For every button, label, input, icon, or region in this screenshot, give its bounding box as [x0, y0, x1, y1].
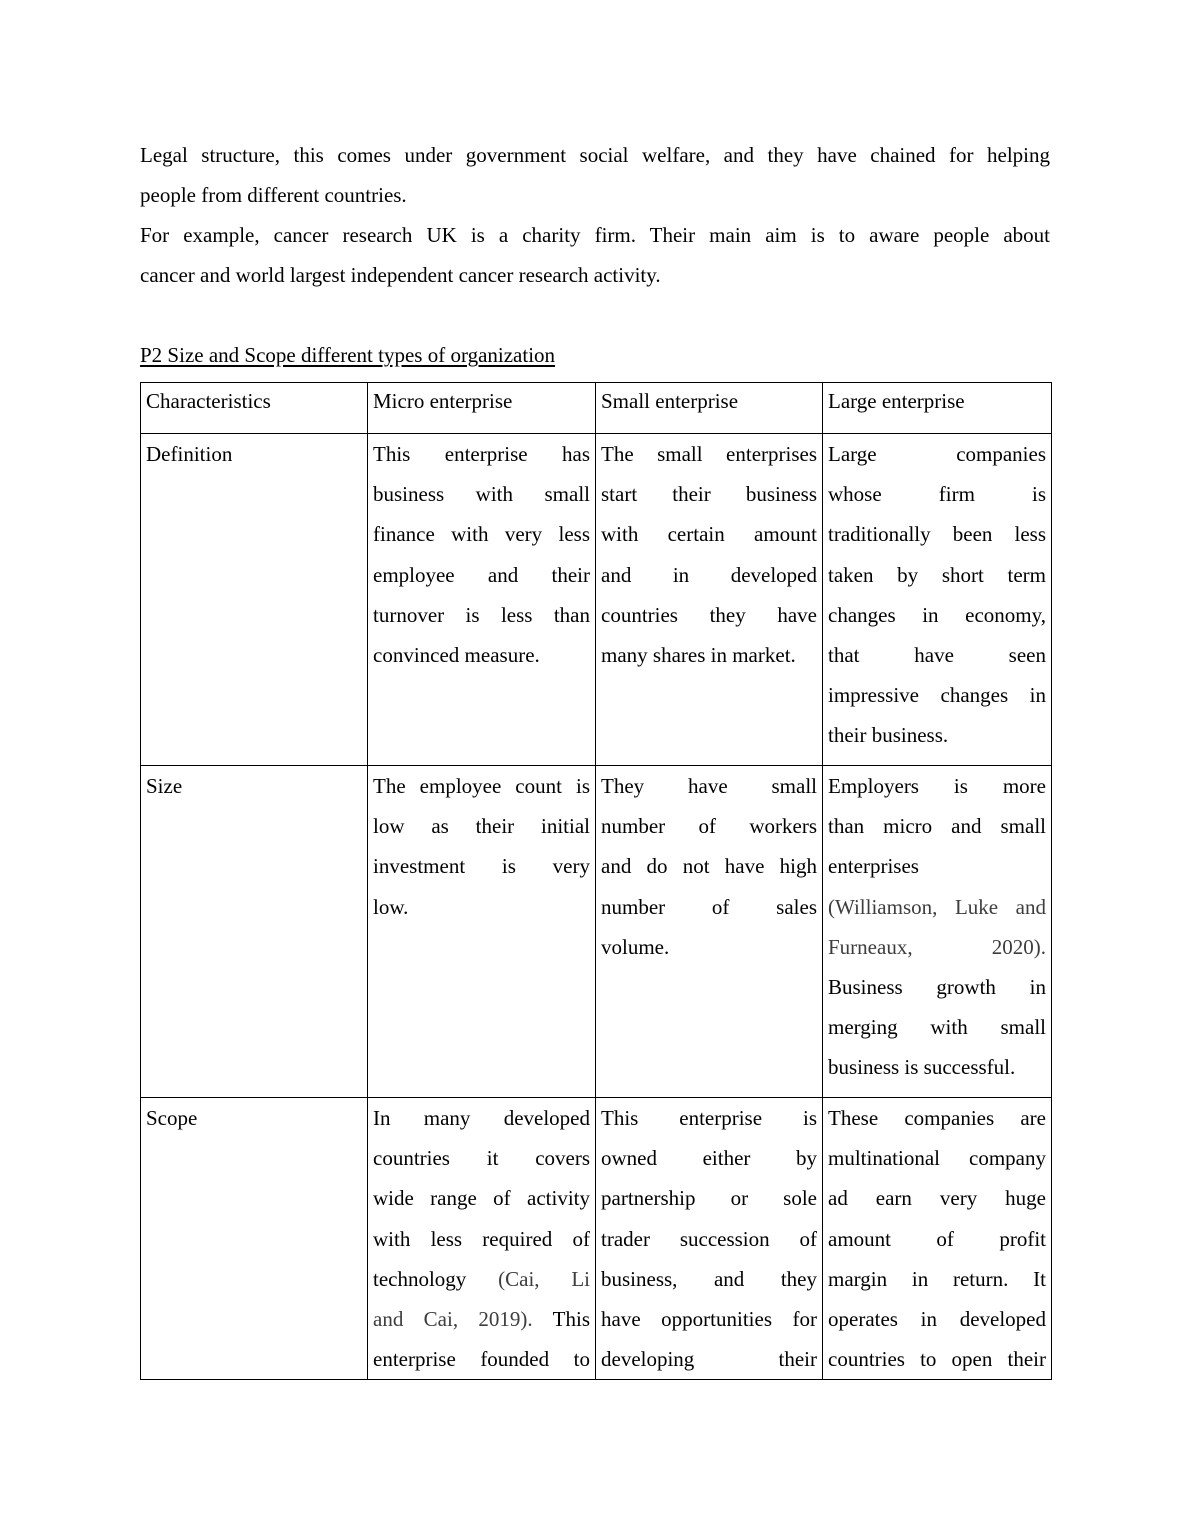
row-label-cell: Size: [141, 766, 368, 1098]
table-row: Definition This enterprise hasbusiness w…: [141, 434, 1052, 766]
cell-line: many shares in market.: [601, 635, 817, 675]
cell-line: convinced measure.: [373, 635, 590, 675]
intro-paragraph: For example, cancer research UK is a cha…: [140, 215, 1050, 295]
citation: and Cai, 2019).: [373, 1307, 533, 1331]
cell-line: amount of profit: [828, 1219, 1046, 1259]
cell-line: low.: [373, 887, 590, 927]
row-label-cell: Scope: [141, 1098, 368, 1380]
cell-line: whose firm is: [828, 474, 1046, 514]
cell-line: wide range of activity: [373, 1178, 590, 1218]
row-label: Definition: [146, 434, 362, 474]
table-row: Size The employee count islow as their i…: [141, 766, 1052, 1098]
cell-line: investment is very: [373, 846, 590, 886]
row-label: Size: [146, 766, 362, 806]
table-cell: This enterprise isowned either bypartner…: [596, 1098, 823, 1380]
table-cell: The small enterprisesstart their busines…: [596, 434, 823, 766]
cell-line: The employee count is: [373, 766, 590, 806]
citation: Furneaux, 2020).: [828, 935, 1046, 959]
cell-line: with certain amount: [601, 514, 817, 554]
cell-line: enterprises: [828, 846, 1046, 886]
row-label: Scope: [146, 1098, 362, 1138]
cell-line: number of workers: [601, 806, 817, 846]
cell-line: This enterprise is: [601, 1098, 817, 1138]
cell-line: Furneaux, 2020).: [828, 927, 1046, 967]
organization-comparison-table: Characteristics Micro enterprise Small e…: [140, 382, 1052, 1380]
table-cell: In many developedcountries it coverswide…: [368, 1098, 596, 1380]
cell-line: This enterprise has: [373, 434, 590, 474]
cell-line: They have small: [601, 766, 817, 806]
cell-line: multinational company: [828, 1138, 1046, 1178]
cell-line: traditionally been less: [828, 514, 1046, 554]
cell-line: employee and their: [373, 555, 590, 595]
cell-line: developing their: [601, 1339, 817, 1379]
header-cell: Small enterprise: [596, 383, 823, 434]
cell-line: business is successful.: [828, 1047, 1046, 1087]
section-heading: P2 Size and Scope different types of org…: [140, 338, 555, 372]
cell-line: The small enterprises: [601, 434, 817, 474]
cell-line: These companies are: [828, 1098, 1046, 1138]
cell-line: changes in economy,: [828, 595, 1046, 635]
cell-line: their business.: [828, 715, 1046, 755]
table-header-row: Characteristics Micro enterprise Small e…: [141, 383, 1052, 434]
cell-line: than micro and small: [828, 806, 1046, 846]
cell-line: low as their initial: [373, 806, 590, 846]
table-cell: Large companieswhose firm istraditionall…: [823, 434, 1052, 766]
cell-line: Large companies: [828, 434, 1046, 474]
table-cell: This enterprise hasbusiness with smallfi…: [368, 434, 596, 766]
cell-line: trader succession of: [601, 1219, 817, 1259]
cell-line: start their business: [601, 474, 817, 514]
cell-line: margin in return. It: [828, 1259, 1046, 1299]
cell-line: volume.: [601, 927, 817, 967]
paragraph-line: cancer and world largest independent can…: [140, 255, 1050, 295]
cell-line: finance with very less: [373, 514, 590, 554]
header-cell: Large enterprise: [823, 383, 1052, 434]
cell-line: with less required of: [373, 1219, 590, 1259]
row-label-cell: Definition: [141, 434, 368, 766]
table-row: Scope In many developedcountries it cove…: [141, 1098, 1052, 1380]
cell-line: owned either by: [601, 1138, 817, 1178]
cell-line: and Cai, 2019). This: [373, 1299, 590, 1339]
cell-line: technology (Cai, Li: [373, 1259, 590, 1299]
citation: (Cai, Li: [498, 1267, 590, 1291]
cell-line: Employers is more: [828, 766, 1046, 806]
cell-line: In many developed: [373, 1098, 590, 1138]
table-cell: They have smallnumber of workersand do n…: [596, 766, 823, 1098]
cell-line: countries it covers: [373, 1138, 590, 1178]
paragraph-line: For example, cancer research UK is a cha…: [140, 215, 1050, 255]
cell-line: Business growth in: [828, 967, 1046, 1007]
cell-line: taken by short term: [828, 555, 1046, 595]
cell-line: ad earn very huge: [828, 1178, 1046, 1218]
cell-line: partnership or sole: [601, 1178, 817, 1218]
cell-line: and do not have high: [601, 846, 817, 886]
cell-line: impressive changes in: [828, 675, 1046, 715]
paragraph-line: Legal structure, this comes under govern…: [140, 135, 1050, 175]
paragraph-line: people from different countries.: [140, 175, 1050, 215]
cell-line: and in developed: [601, 555, 817, 595]
table-cell: The employee count islow as their initia…: [368, 766, 596, 1098]
cell-line: operates in developed: [828, 1299, 1046, 1339]
cell-line: business, and they: [601, 1259, 817, 1299]
cell-line: turnover is less than: [373, 595, 590, 635]
cell-line: merging with small: [828, 1007, 1046, 1047]
intro-section: Legal structure, this comes under govern…: [140, 135, 1050, 295]
header-cell: Micro enterprise: [368, 383, 596, 434]
cell-line: enterprise founded to: [373, 1339, 590, 1379]
header-cell: Characteristics: [141, 383, 368, 434]
cell-line: business with small: [373, 474, 590, 514]
table-cell: Employers is morethan micro and smallent…: [823, 766, 1052, 1098]
cell-line: countries to open their: [828, 1339, 1046, 1379]
cell-line: (Williamson, Luke and: [828, 887, 1046, 927]
table-cell: These companies aremultinational company…: [823, 1098, 1052, 1380]
cell-line: have opportunities for: [601, 1299, 817, 1339]
cell-line: number of sales: [601, 887, 817, 927]
intro-paragraph: Legal structure, this comes under govern…: [140, 135, 1050, 215]
cell-line: countries they have: [601, 595, 817, 635]
cell-line: that have seen: [828, 635, 1046, 675]
citation: (Williamson, Luke and: [828, 895, 1046, 919]
